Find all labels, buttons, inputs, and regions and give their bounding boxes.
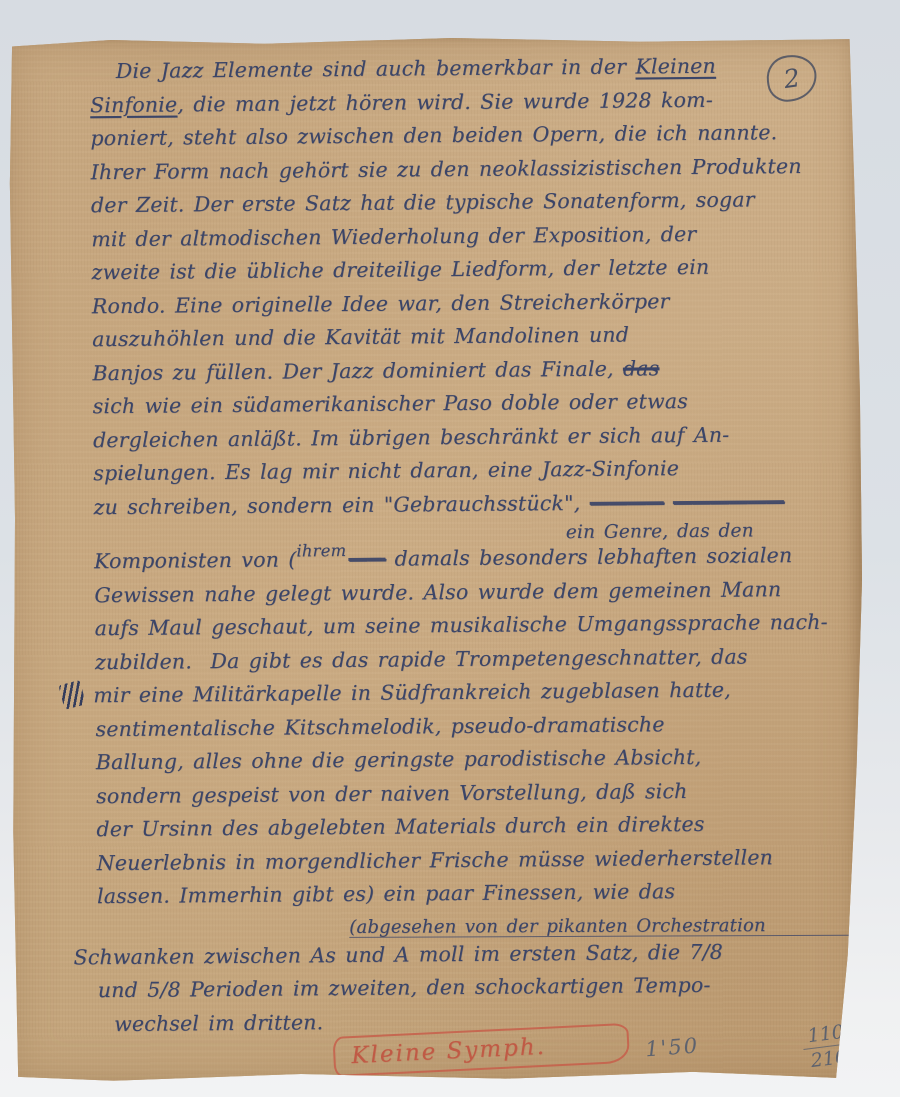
fraction-denominator: 210 [804,1044,854,1073]
pencil-fraction: 110 210 [801,1020,854,1073]
text-segment: —— [348,547,385,571]
manuscript-line: zubilden. Da gibt es das rapide Trompete… [95,639,847,679]
text-segment: zweite ist die übliche dreiteilige Liedf… [91,255,709,284]
text-segment: mir eine Militärkapelle in Südfrankreich… [93,678,731,708]
text-segment: Banjos zu füllen. Der Jazz dominiert das… [92,356,623,385]
fraction-numerator: 110 [801,1020,852,1050]
text-segment: Rondo. Eine originelle Idee war, den Str… [92,289,670,318]
text-segment: sondern gespeist von der naiven Vorstell… [96,779,688,808]
text-segment: das [623,356,660,380]
manuscript-line: lassen. Immerhin gibt es) ein paar Fines… [97,874,849,914]
text-segment: zubilden. Da gibt es das rapide Trompete… [95,644,748,674]
text-segment: lassen. Immerhin gibt es) ein paar Fines… [97,879,675,908]
text-segment: —————— [673,489,784,514]
text-segment: Kleinen [635,54,716,79]
text-segment: sich wie ein südamerikanischer Paso dobl… [93,389,688,418]
text-segment: Ballung, alles ohne die geringste parodi… [96,745,702,774]
manuscript-paper: 2 Die Jazz Elemente sind auch bemerkbar … [9,35,864,1083]
stamp-text: Kleine Symph. [351,1034,547,1069]
text-segment: wechsel im dritten. [114,1010,323,1036]
text-segment: Sinfonie [90,92,177,117]
text-segment: poniert, steht also zwischen den beiden … [90,120,777,150]
manuscript-line: Neuerlebnis in morgendlicher Frische müs… [97,840,849,880]
text-segment: aufs Maul geschaut, um seine musikalisch… [95,610,828,640]
text-segment: auszuhöhlen und die Kavität mit Mandolin… [92,323,629,352]
text-segment: dergleichen anläßt. Im übrigen beschränk… [93,422,729,452]
pencil-duration-note: 1'50 [644,1033,699,1061]
ink-blot [58,680,86,710]
text-segment: der Ursinn des abgelebten Materials durc… [96,812,704,841]
manuscript-line: der Zeit. Der erste Satz hat die typisch… [91,183,843,223]
text-segment: (abgesehen von der pikanten Orchestratio… [349,915,766,938]
text-segment: ihrem [296,541,346,560]
manuscript-lines: Die Jazz Elemente sind auch bemerkbar in… [90,49,851,1042]
text-segment: , die man jetzt hören wird. Sie wurde 19… [177,87,713,116]
text-segment: Neuerlebnis in morgendlicher Frische müs… [97,845,774,875]
manuscript-line: ein Genre, das den [566,514,846,541]
text-segment: spielungen. Es lag mir nicht daran, eine… [93,456,679,485]
scan-background: 2 Die Jazz Elemente sind auch bemerkbar … [0,0,900,1097]
text-segment: Schwanken zwischen As und A moll im erst… [73,939,723,969]
text-segment: ———— [590,490,664,515]
text-segment: sentimentalische Kitschmelodik, pseudo-d… [95,712,664,741]
text-segment: damals besonders lebhaften sozialen [385,543,792,571]
text-segment: Komponisten von ( [94,547,297,573]
text-segment: Ihrer Form nach gehört sie zu den neokla… [91,154,802,184]
manuscript-line: (abgesehen von der pikanten Orchestratio… [349,908,849,937]
text-segment: Die Jazz Elemente sind auch bemerkbar in… [116,54,636,83]
text-segment: Gewissen nahe gelegt wurde. Also wurde d… [94,577,781,607]
text-segment: und 5/8 Perioden im zweiten, den schocka… [98,973,711,1002]
text-segment: der Zeit. Der erste Satz hat die typisch… [91,187,755,217]
text-segment: zu schreiben, sondern ein "Gebrauchsstüc… [94,490,590,518]
text-segment: mit der altmodischen Wiederholung der Ex… [91,221,696,250]
